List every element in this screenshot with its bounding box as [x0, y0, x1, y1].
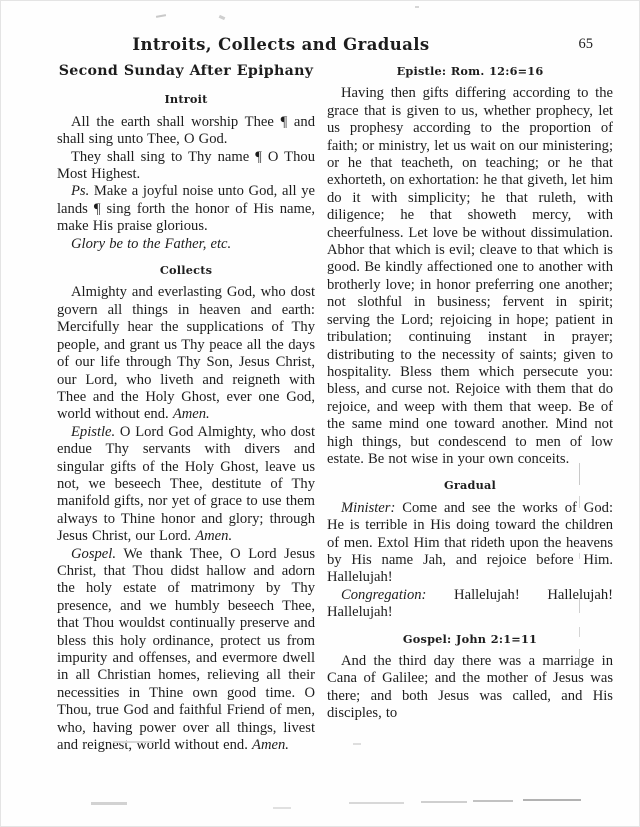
epistle-heading: Epistle: Rom. 12:6=16 — [327, 63, 613, 80]
scan-artifact — [523, 799, 581, 801]
scan-artifact — [156, 14, 166, 18]
epistle-collect-amen: Amen. — [195, 528, 232, 544]
gospel-collect-paragraph: Gospel. We thank Thee, O Lord Jesus Chri… — [57, 546, 315, 755]
psalm-verse: Ps. Make a joyful noise unto God, all ye… — [57, 183, 315, 235]
gospel-heading: Gospel: John 2:1=11 — [327, 631, 613, 648]
epistle-reading: Having then gifts differing according to… — [327, 85, 613, 468]
collect-paragraph: Almighty and everlasting God, who dost g… — [57, 284, 315, 423]
gospel-reading: And the third day there was a marriage i… — [327, 653, 613, 723]
scan-artifact — [91, 802, 127, 805]
epistle-collect-lead: Epistle. — [71, 424, 115, 440]
section-title: Second Sunday After Epiphany — [57, 63, 315, 80]
epistle-collect-text: O Lord God Almighty, who dost endue Thy … — [57, 424, 315, 544]
right-column: Epistle: Rom. 12:6=16 Having then gifts … — [327, 63, 613, 723]
congregation-lead: Congregation: — [341, 587, 426, 603]
gloria-patri: Glory be to the Father, etc. — [57, 236, 315, 253]
scan-artifact — [353, 743, 361, 745]
page-number: 65 — [579, 36, 594, 53]
scan-artifact — [349, 802, 404, 804]
scan-artifact — [421, 801, 467, 803]
left-column: Second Sunday After Epiphany Introit All… — [57, 63, 315, 754]
gradual-heading: Gradual — [327, 477, 613, 494]
epistle-collect-paragraph: Epistle. O Lord God Almighty, who dost e… — [57, 424, 315, 546]
collect-text: Almighty and everlasting God, who dost g… — [57, 284, 315, 422]
gospel-collect-text: We thank Thee, O Lord Jesus Christ, that… — [57, 546, 315, 753]
psalm-lead: Ps. — [71, 183, 89, 199]
gospel-collect-amen: Amen. — [252, 737, 289, 753]
scan-artifact — [473, 800, 513, 802]
psalm-text: Make a joyful noise unto God, all ye lan… — [57, 183, 315, 234]
introit-verse-1: All the earth shall worship Thee ¶ and s… — [57, 114, 315, 149]
introit-verse-2: They shall sing to Thy name ¶ O Thou Mos… — [57, 149, 315, 184]
scan-artifact — [415, 6, 419, 8]
page-title: Introits, Collects and Graduals — [1, 35, 561, 54]
minister-lead: Minister: — [341, 500, 395, 516]
running-head: Introits, Collects and Graduals 65 — [1, 35, 640, 57]
introit-heading: Introit — [57, 91, 315, 108]
scanned-book-page: Introits, Collects and Graduals 65 Secon… — [0, 0, 640, 827]
scan-artifact — [273, 807, 291, 809]
gradual-minister-paragraph: Minister: Come and see the works of God:… — [327, 500, 613, 587]
collects-heading: Collects — [57, 262, 315, 279]
scan-artifact — [219, 15, 226, 20]
gospel-collect-lead: Gospel. — [71, 546, 116, 562]
collect-amen: Amen. — [173, 406, 210, 422]
gradual-congregation-paragraph: Congregation: Hallelujah! Hallelujah! Ha… — [327, 587, 613, 622]
